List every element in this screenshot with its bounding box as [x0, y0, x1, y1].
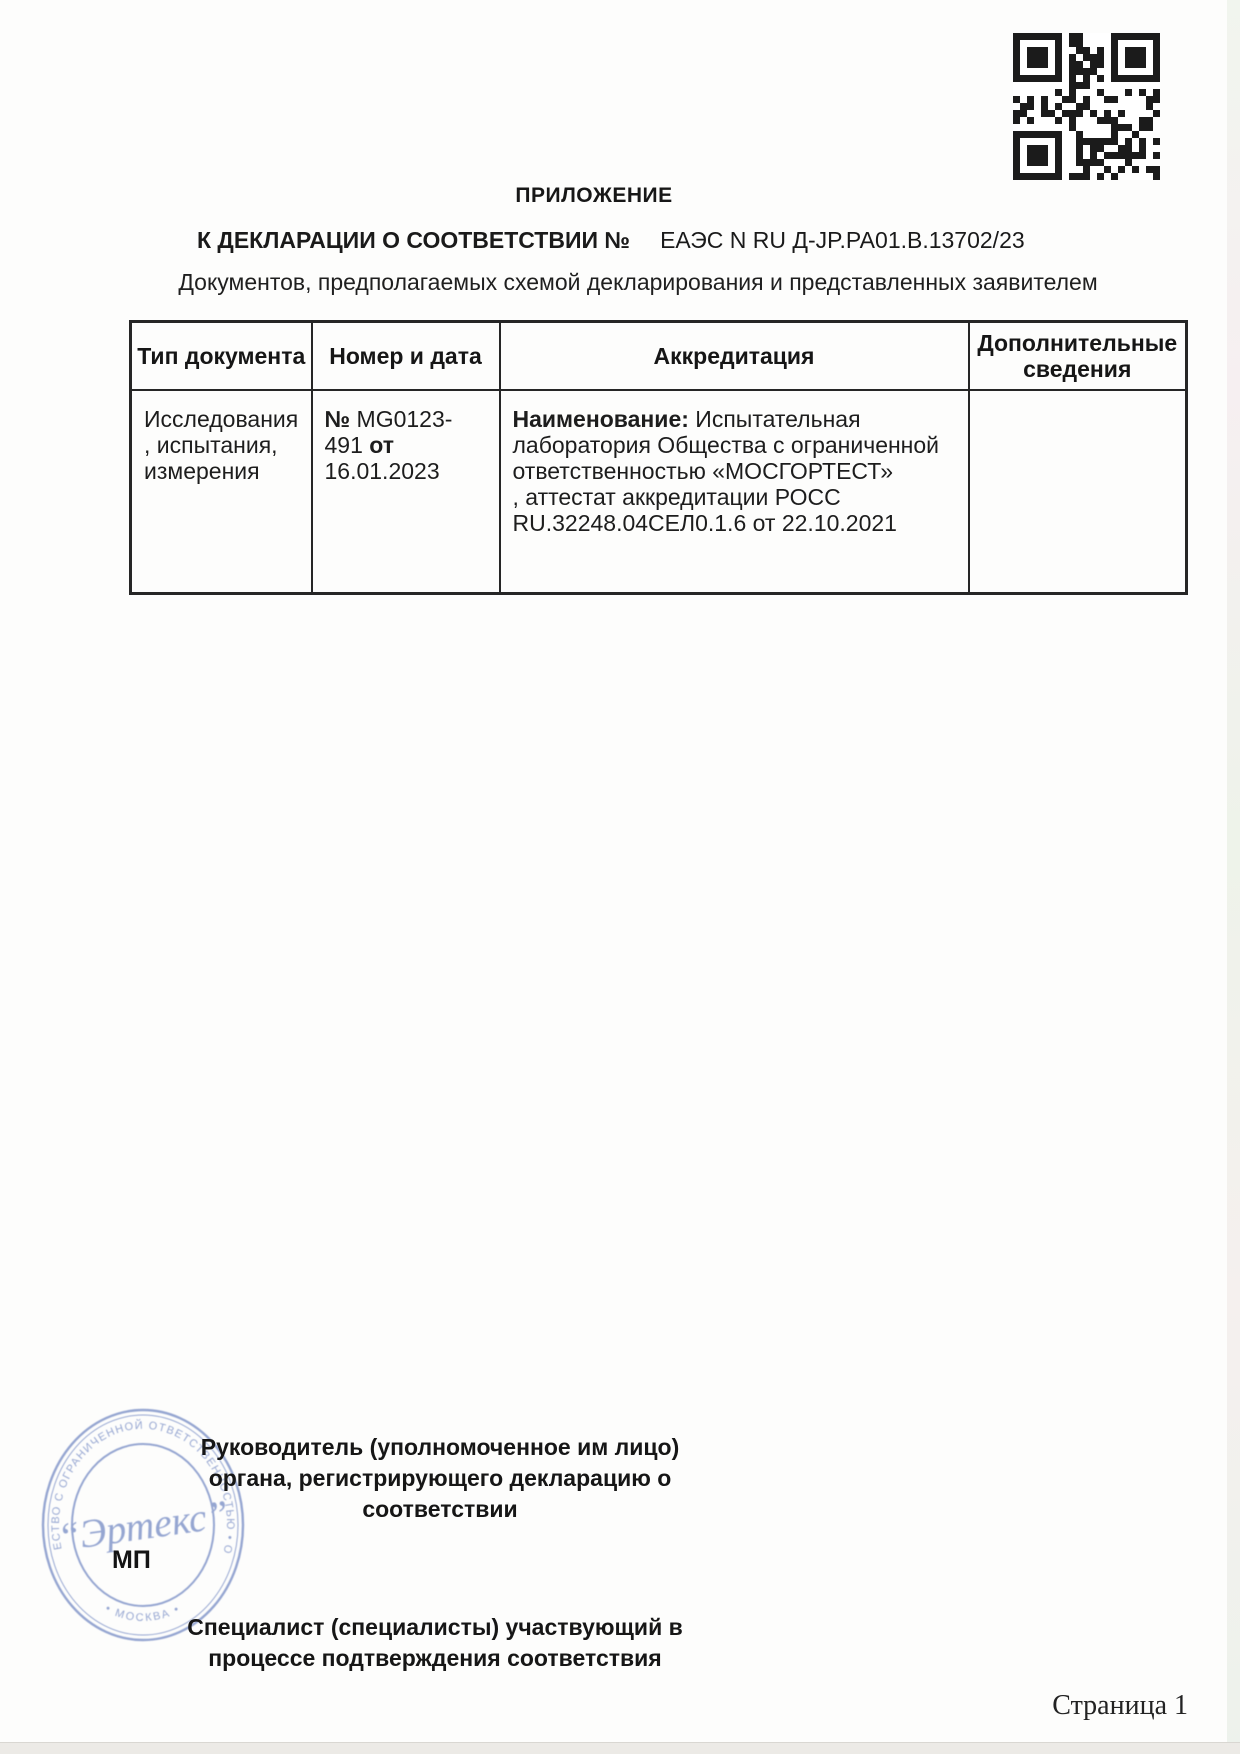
signature-specialist-title: Специалист (специалисты) участвующий в п…: [175, 1612, 695, 1674]
qr-code: [1013, 33, 1160, 180]
col-header-number-date: Номер и дата: [312, 322, 500, 391]
number-ot: от: [369, 432, 394, 458]
appendix-title: ПРИЛОЖЕНИЕ: [0, 184, 1214, 208]
document-page: ПРИЛОЖЕНИЕ К ДЕКЛАРАЦИИ О СООТВЕТСТВИИ №…: [0, 0, 1240, 1754]
col-header-accreditation: Аккредитация: [500, 322, 969, 391]
number-sign: №: [325, 406, 351, 432]
cell-additional-info: [969, 390, 1187, 594]
table-row: Исследования , испытания, измерения № MG…: [131, 390, 1187, 594]
cell-doc-type: Исследования , испытания, измерения: [131, 390, 312, 594]
scan-edge-right: [1227, 0, 1240, 1754]
declaration-number: ЕАЭС N RU Д-JP.РА01.В.13702/23: [660, 227, 1025, 253]
declaration-line: К ДЕКЛАРАЦИИ О СООТВЕТСТВИИ №ЕАЭС N RU Д…: [197, 227, 1025, 254]
declaration-label: К ДЕКЛАРАЦИИ О СООТВЕТСТВИИ №: [197, 227, 630, 253]
scan-edge-bottom: [0, 1742, 1240, 1754]
number-date: 16.01.2023: [325, 458, 440, 484]
cell-number-date: № MG0123- 491 от 16.01.2023: [312, 390, 500, 594]
table-header-row: Тип документа Номер и дата Аккредитация …: [131, 322, 1187, 391]
col-header-doc-type: Тип документа: [131, 322, 312, 391]
accreditation-label: Наименование:: [513, 406, 689, 432]
page-number: Страница 1: [900, 1690, 1188, 1722]
cell-accreditation: Наименование: Испытательная лаборатория …: [500, 390, 969, 594]
mp-label: МП: [112, 1546, 151, 1575]
documents-table: Тип документа Номер и дата Аккредитация …: [129, 320, 1188, 595]
documents-subtitle: Документов, предполагаемых схемой деклар…: [18, 269, 1240, 296]
signature-head-title: Руководитель (уполномоченное им лицо) ор…: [180, 1432, 700, 1525]
col-header-additional: Дополнительные сведения: [969, 322, 1187, 391]
